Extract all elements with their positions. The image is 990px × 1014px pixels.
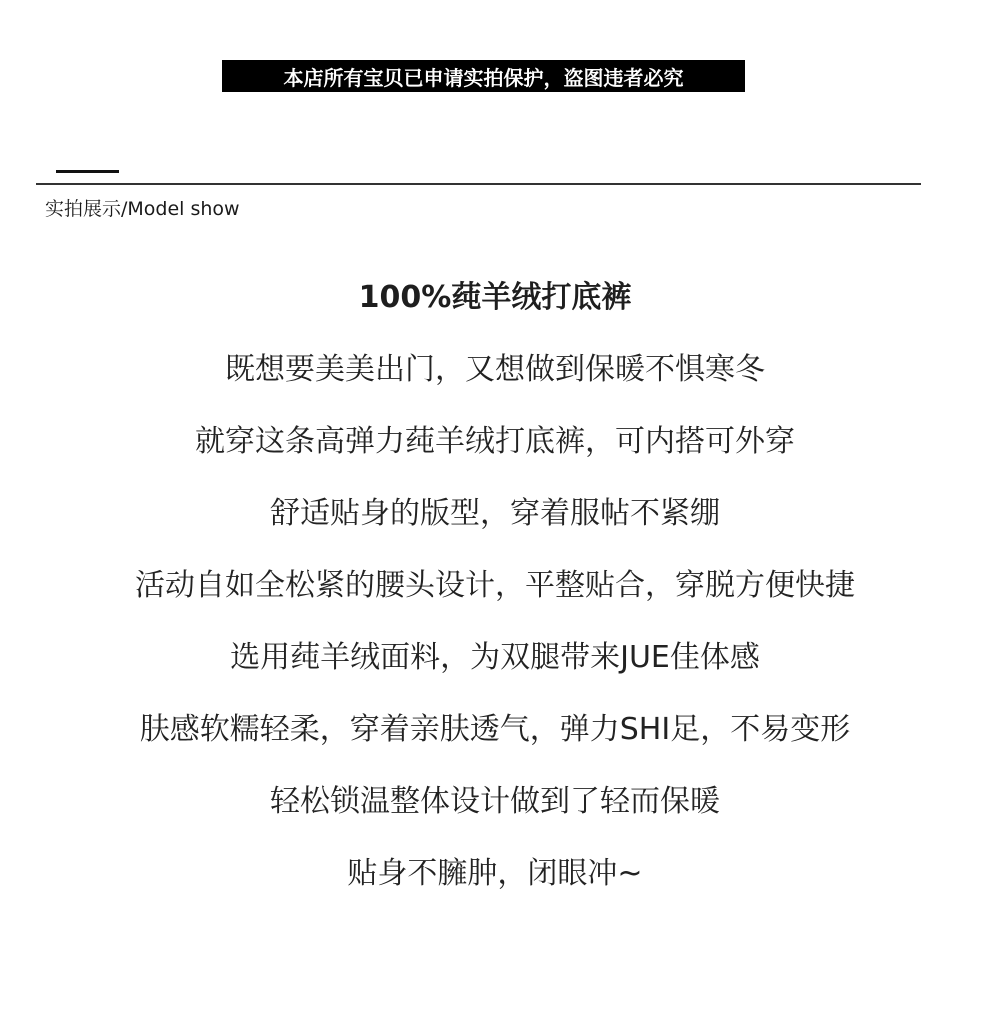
copyright-banner-text: 本店所有宝贝已申请实拍保护，盗图违者必究	[284, 62, 684, 91]
product-title: 100%莼羊绒打底裤	[0, 278, 990, 318]
section-heading: 实拍展示/Model show	[45, 196, 240, 222]
copy-line-6: 肤感软糯轻柔，穿着亲肤透气，弹力SHI足，不易变形	[0, 710, 990, 750]
copy-line-4: 活动自如全松紧的腰头设计，平整贴合，穿脱方便快捷	[0, 566, 990, 606]
copyright-banner: 本店所有宝贝已申请实拍保护，盗图违者必究	[222, 60, 745, 92]
section-divider	[36, 183, 921, 185]
copy-line-2: 就穿这条高弹力莼羊绒打底裤，可内搭可外穿	[0, 422, 990, 462]
copy-line-8: 贴身不臃肿，闭眼冲~	[0, 854, 990, 894]
copy-line-3: 舒适贴身的版型，穿着服帖不紧绷	[0, 494, 990, 534]
copy-line-1: 既想要美美出门，又想做到保暖不惧寒冬	[0, 350, 990, 390]
copy-line-5: 选用莼羊绒面料，为双腿带来JUE佳体感	[0, 638, 990, 678]
section-accent-rule	[56, 170, 119, 173]
copy-line-7: 轻松锁温整体设计做到了轻而保暖	[0, 782, 990, 822]
